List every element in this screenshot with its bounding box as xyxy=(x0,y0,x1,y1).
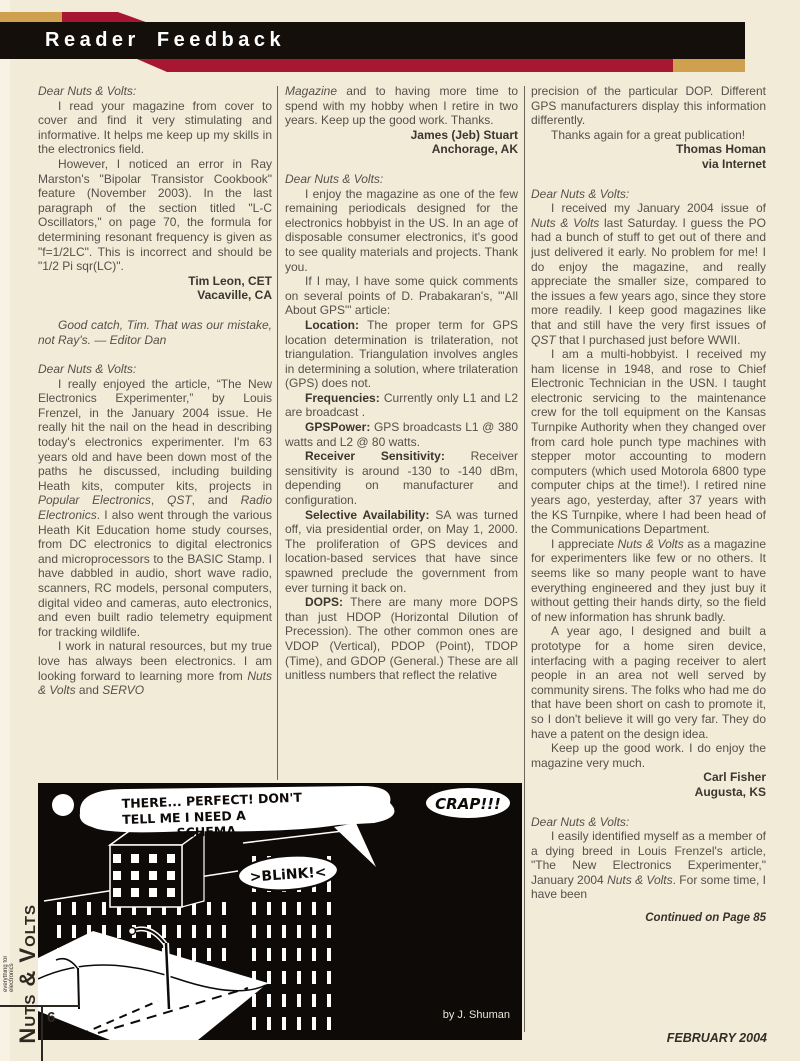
paragraph: I received my January 2004 issue of Nuts… xyxy=(531,201,766,347)
crimson-accent-top xyxy=(62,12,217,22)
gold-accent-bottom xyxy=(673,59,745,72)
paragraph: I really enjoyed the article, “The New E… xyxy=(38,377,272,640)
cartoon-illustration: THERE... PERFECT! DON'T TELL ME I NEED A… xyxy=(38,783,522,1040)
paragraph: I read your magazine from cover to cover… xyxy=(38,99,272,157)
letter-signature: Carl FisherAugusta, KS xyxy=(531,770,766,799)
crimson-accent-bottom xyxy=(137,59,673,72)
crap-bubble: CRAP!!! xyxy=(426,788,510,818)
letter-salutation: Dear Nuts & Volts: xyxy=(531,187,766,202)
paragraph: I enjoy the magazine as one of the few r… xyxy=(285,187,518,275)
footer-rule-horizontal xyxy=(0,1005,80,1007)
paragraph: However, I noticed an error in Ray Marst… xyxy=(38,157,272,274)
magazine-name: Nuts & Volts xyxy=(15,904,41,1044)
building-cube xyxy=(110,829,204,907)
signature-line: Thomas Homan xyxy=(531,142,766,157)
paragraph-continued: Magazine and to having more time to spen… xyxy=(285,84,518,128)
moon-icon xyxy=(52,794,74,816)
signature-line: Tim Leon, CET xyxy=(38,274,272,289)
paragraph: GPSPower: GPS broadcasts L1 @ 380 watts … xyxy=(285,420,518,449)
letter-salutation: Dear Nuts & Volts: xyxy=(38,84,272,99)
paragraph: Receiver Sensitivity: Receiver sensitivi… xyxy=(285,449,518,507)
column-divider-left xyxy=(277,86,278,780)
page-number: 6 xyxy=(47,1009,55,1026)
paragraph-continued: precision of the particular DOP. Differe… xyxy=(531,84,766,128)
column-divider-right xyxy=(524,86,525,1032)
signature-line: Augusta, KS xyxy=(531,785,766,800)
letter-salutation: Dear Nuts & Volts: xyxy=(531,815,766,830)
continued-notice: Continued on Page 85 xyxy=(531,911,766,926)
magazine-logo: everything for electronics Nuts & Volts xyxy=(3,872,41,1044)
letter-signature: Thomas Homanvia Internet xyxy=(531,142,766,171)
letter-salutation: Dear Nuts & Volts: xyxy=(38,362,272,377)
crap-text: CRAP!!! xyxy=(435,795,501,813)
cartoon-panel: THERE... PERFECT! DON'T TELL ME I NEED A… xyxy=(38,783,522,1040)
bubble-text-line3: SCHEMA... xyxy=(176,823,250,841)
letter-signature: James (Jeb) StuartAnchorage, AK xyxy=(285,128,518,157)
gold-accent-top xyxy=(0,12,62,22)
magazine-tagline: everything for electronics xyxy=(3,932,15,992)
column-3: precision of the particular DOP. Differe… xyxy=(531,84,766,1030)
magazine-page: Reader Feedback Dear Nuts & Volts:I read… xyxy=(0,0,800,1061)
section-title: Reader Feedback xyxy=(0,29,285,52)
editor-note: Good catch, Tim. That was our mistake, n… xyxy=(38,318,272,347)
paragraph: Frequencies: Currently only L1 and L2 ar… xyxy=(285,391,518,420)
section-banner: Reader Feedback xyxy=(0,22,745,59)
letter-salutation: Dear Nuts & Volts: xyxy=(285,172,518,187)
signature-line: Carl Fisher xyxy=(531,770,766,785)
paragraph: DOPS: There are many more DOPS than just… xyxy=(285,595,518,683)
paragraph: Location: The proper term for GPS locati… xyxy=(285,318,518,391)
letter-signature: Tim Leon, CETVacaville, CA xyxy=(38,274,272,303)
column-2: Magazine and to having more time to spen… xyxy=(285,84,518,781)
paragraph: Selective Availability: SA was turned of… xyxy=(285,508,518,596)
paragraph: Keep up the good work. I do enjoy the ma… xyxy=(531,741,766,770)
paragraph: I work in natural resources, but my true… xyxy=(38,639,272,697)
signature-line: James (Jeb) Stuart xyxy=(285,128,518,143)
footer-rule-vertical xyxy=(41,1005,43,1061)
column-1: Dear Nuts & Volts:I read your magazine f… xyxy=(38,84,272,781)
cartoon-credit: by J. Shuman xyxy=(443,1009,510,1021)
paragraph: I easily identified myself as a member o… xyxy=(531,829,766,902)
paragraph: I appreciate Nuts & Volts as a magazine … xyxy=(531,537,766,625)
paragraph: I am a multi-hobbyist. I received my ham… xyxy=(531,347,766,537)
issue-date: FEBRUARY 2004 xyxy=(667,1031,767,1045)
signature-line: Anchorage, AK xyxy=(285,142,518,157)
paragraph: If I may, I have some quick comments on … xyxy=(285,274,518,318)
signature-line: via Internet xyxy=(531,157,766,172)
paragraph: Thanks again for a great publication! xyxy=(531,128,766,143)
signature-line: Vacaville, CA xyxy=(38,288,272,303)
paragraph: A year ago, I designed and built a proto… xyxy=(531,624,766,741)
